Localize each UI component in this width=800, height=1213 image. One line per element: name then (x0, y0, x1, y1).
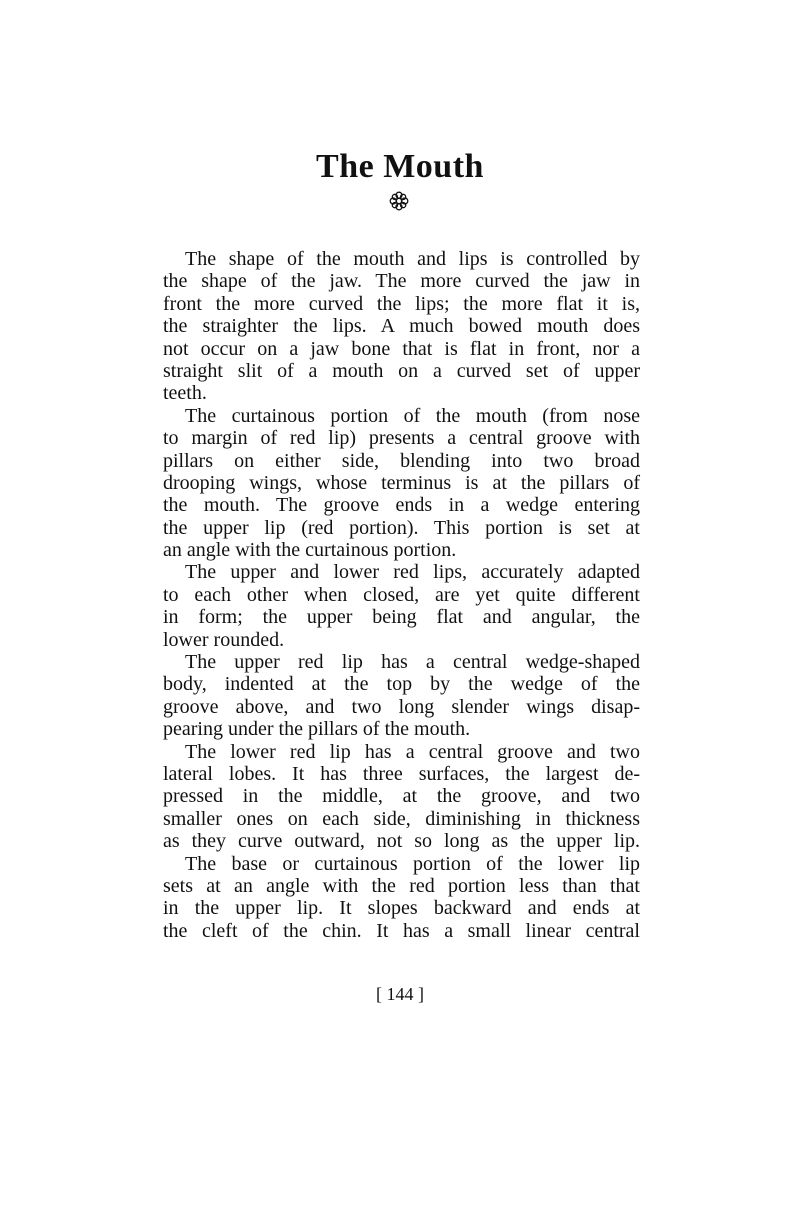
text-line: pearing under the pillars of the mouth. (163, 718, 640, 740)
text-line: lateral lobes. It has three surfaces, th… (163, 763, 640, 785)
text-line: the mouth. The groove ends in a wedge en… (163, 494, 640, 516)
text-line: The base or curtainous portion of the lo… (163, 853, 640, 875)
body-text: The shape of the mouth and lips is contr… (163, 248, 640, 942)
text-line: not occur on a jaw bone that is flat in … (163, 338, 640, 360)
text-line: groove above, and two long slender wings… (163, 696, 640, 718)
page-title: The Mouth (0, 145, 800, 189)
flower-ornament-icon (388, 190, 410, 212)
text-line: The lower red lip has a central groove a… (163, 741, 640, 763)
text-line: to each other when closed, are yet quite… (163, 584, 640, 606)
paragraph: The base or curtainous portion of the lo… (163, 853, 640, 943)
text-line: the straighter the lips. A much bowed mo… (163, 315, 640, 337)
paragraph: The upper and lower red lips, accurately… (163, 561, 640, 651)
text-line: drooping wings, whose terminus is at the… (163, 472, 640, 494)
text-line: The shape of the mouth and lips is contr… (163, 248, 640, 270)
text-line: The upper and lower red lips, accurately… (163, 561, 640, 583)
text-line: body, indented at the top by the wedge o… (163, 673, 640, 695)
text-line: the cleft of the chin. It has a small li… (163, 920, 640, 942)
text-line: the upper lip (red portion). This portio… (163, 517, 640, 539)
text-line: pressed in the middle, at the groove, an… (163, 785, 640, 807)
text-line: front the more curved the lips; the more… (163, 293, 640, 315)
text-line: sets at an angle with the red portion le… (163, 875, 640, 897)
text-line: the shape of the jaw. The more curved th… (163, 270, 640, 292)
text-line: to margin of red lip) presents a central… (163, 427, 640, 449)
text-line: The curtainous portion of the mouth (fro… (163, 405, 640, 427)
paragraph: The upper red lip has a central wedge-sh… (163, 651, 640, 741)
text-line: lower rounded. (163, 629, 640, 651)
text-line: in the upper lip. It slopes backward and… (163, 897, 640, 919)
text-line: smaller ones on each side, diminishing i… (163, 808, 640, 830)
text-line: straight slit of a mouth on a curved set… (163, 360, 640, 382)
text-line: The upper red lip has a central wedge-sh… (163, 651, 640, 673)
text-line: teeth. (163, 382, 640, 404)
text-line: pillars on either side, blending into tw… (163, 450, 640, 472)
text-line: as they curve outward, not so long as th… (163, 830, 640, 852)
page-number: [ 144 ] (0, 982, 800, 1006)
text-line: an angle with the curtainous portion. (163, 539, 640, 561)
paragraph: The curtainous portion of the mouth (fro… (163, 405, 640, 562)
paragraph: The shape of the mouth and lips is contr… (163, 248, 640, 405)
paragraph: The lower red lip has a central groove a… (163, 741, 640, 853)
text-line: in form; the upper being flat and angula… (163, 606, 640, 628)
